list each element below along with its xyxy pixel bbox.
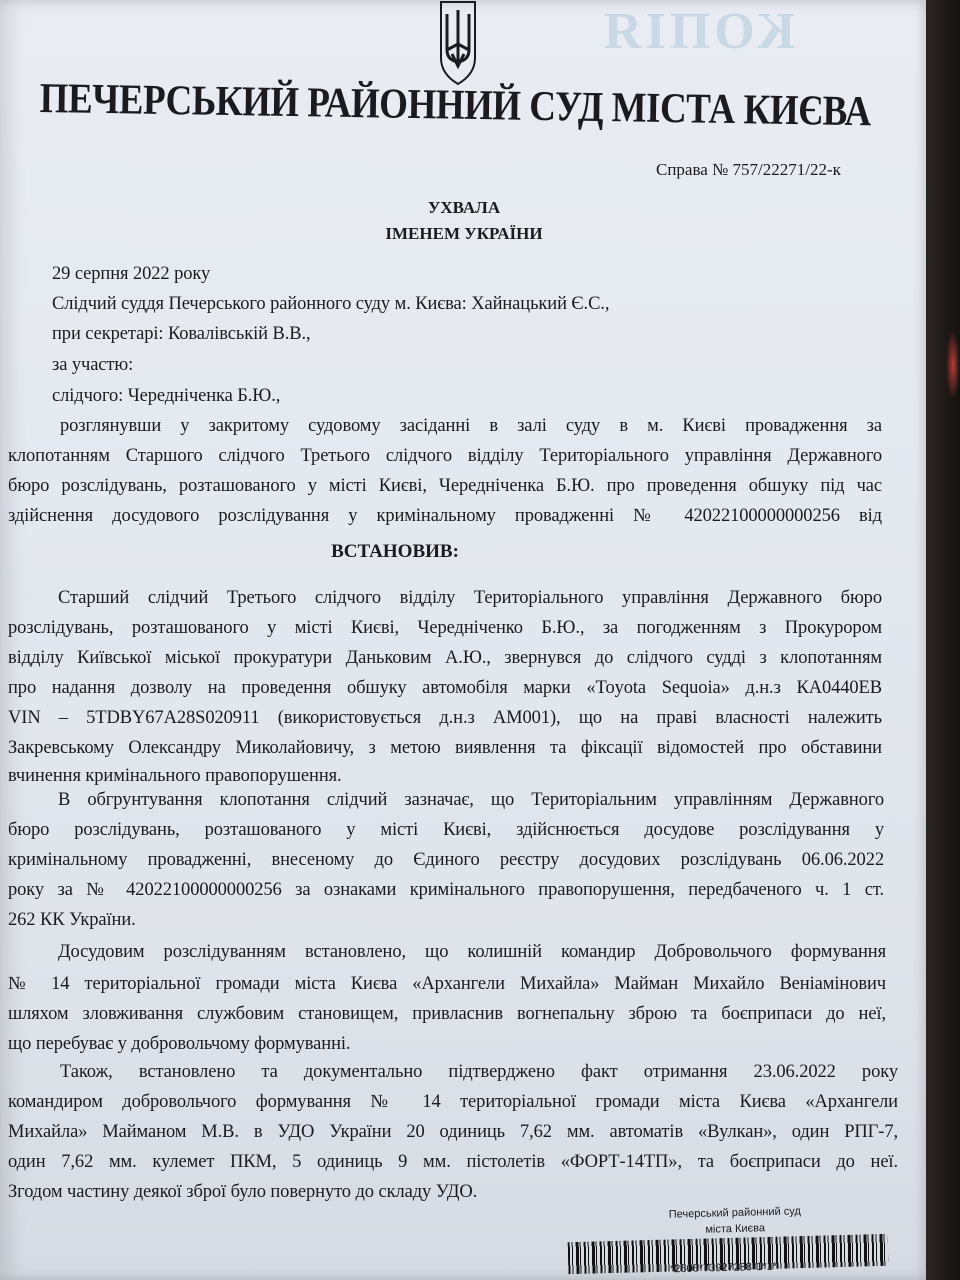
investigator-line: слідчого: Чередніченка Б.Ю.,: [52, 386, 280, 407]
court-name: ПЕЧЕРСЬКИЙ РАЙОННИЙ СУД МІСТА КИЄВА: [39, 74, 871, 137]
considering-line: бюро розслідувань, розташованого у місті…: [8, 476, 882, 497]
paragraph-line: командиром добровольчого формування № 14…: [8, 1092, 898, 1113]
barcode-number: *2606*73927288*1*1*: [670, 1261, 777, 1276]
paragraph-line: кримінальному провадженні, внесеному до …: [8, 850, 884, 871]
document-page: КОПІЯ ПЕЧЕРСЬКИЙ РАЙОННИЙ СУД МІСТА КИЄВ…: [0, 0, 928, 1280]
paragraph-line: про надання дозволу на проведення обшуку…: [8, 678, 882, 699]
paragraph-line: розслідувань, розташованого у місті Києв…: [8, 618, 882, 639]
document-title: УХВАЛА: [0, 198, 928, 218]
paragraph-line: № 14 територіальної громади міста Києва …: [8, 974, 886, 995]
document-subtitle: ІМЕНЕМ УКРАЇНИ: [0, 224, 928, 244]
considering-line: здійснення досудового розслідування у кр…: [8, 506, 882, 527]
paragraph-line: Також, встановлено та документально підт…: [60, 1062, 898, 1083]
case-number: Справа № 757/22271/22-к: [656, 160, 841, 180]
paragraph-line: один 7,62 мм. кулемет ПКМ, 5 одиниць 9 м…: [8, 1152, 898, 1173]
paragraph-line: Згодом частину деякої зброї було поверну…: [8, 1182, 477, 1203]
paragraph-line: року за № 42022100000000256 за ознаками …: [8, 880, 884, 901]
judge-line: Слідчий суддя Печерського районного суду…: [52, 294, 609, 315]
paragraph-line: Досудовим розслідуванням встановлено, що…: [58, 942, 886, 963]
paragraph-line: вчинення кримінального правопорушення.: [8, 766, 342, 787]
paragraph-line: Михайла» Майманом М.В. в УДО України 20 …: [8, 1122, 898, 1143]
established-heading: ВСТАНОВИВ:: [0, 541, 790, 563]
paragraph-line: бюро розслідувань, розташованого у місті…: [8, 820, 884, 841]
footer-court-label: Печерський районний суд міста Києва: [630, 1202, 841, 1239]
background-edge: [926, 0, 960, 1280]
background-glint: [946, 330, 960, 400]
paragraph-line: VIN – 5TDBY67A28S020911 (використовуєтьс…: [8, 708, 882, 729]
copy-stamp-bleedthrough: КОПІЯ: [600, 2, 795, 61]
paragraph-line: відділу Київської міської прокуратури Да…: [8, 648, 882, 669]
paragraph-line: Закревському Олександру Миколайовичу, з …: [8, 738, 882, 759]
paragraph-line: 262 КК України.: [8, 910, 136, 931]
considering-line: клопотанням Старшого слідчого Третього с…: [8, 446, 882, 467]
paragraph-line: що перебуває у добровольчому формуванні.: [8, 1034, 350, 1055]
paragraph-line: Старший слідчий Третього слідчого відділ…: [58, 588, 882, 609]
paragraph-line: В обгрунтування клопотання слідчий зазна…: [58, 790, 884, 811]
secretary-line: при секретарі: Ковалівській В.В.,: [52, 324, 311, 345]
paragraph-line: шляхом зловживання службовим становищем,…: [8, 1004, 886, 1025]
participation-line: за участю:: [52, 355, 133, 376]
trident-icon: [438, 0, 478, 86]
considering-line: розглянувши у закритому судовому засідан…: [60, 416, 882, 437]
decision-date: 29 серпня 2022 року: [52, 264, 210, 285]
